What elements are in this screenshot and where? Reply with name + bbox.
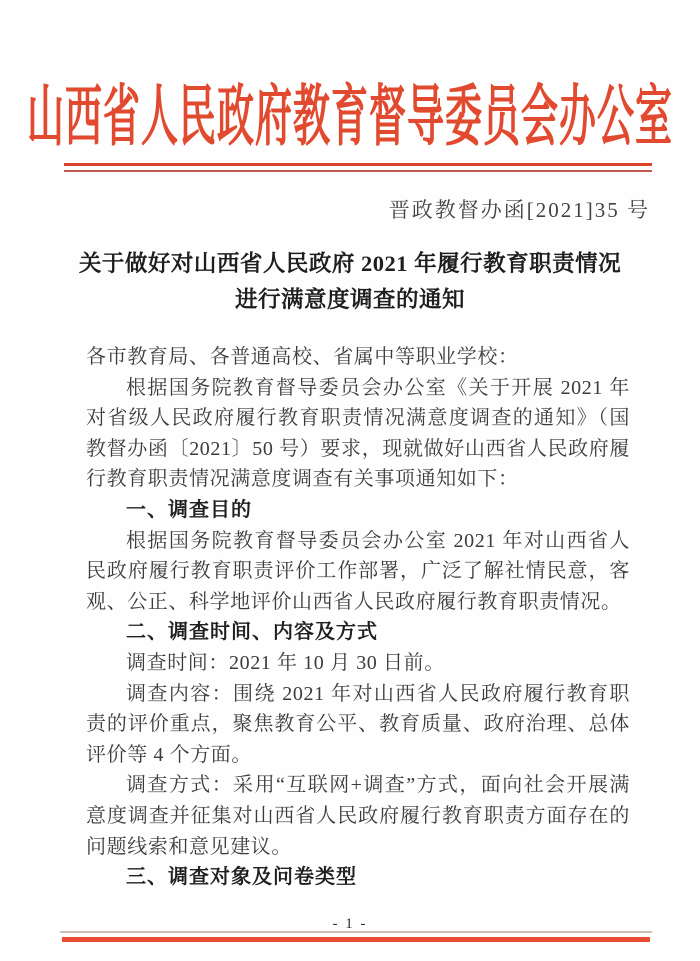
doc-title-line1: 关于做好对山西省人民政府 2021 年履行教育职责情况 [0,246,700,282]
salutation: 各市教育局、各普通高校、省属中等职业学校： [86,342,630,373]
letterhead: 山西省人民政府教育督导委员会办公室 [0,64,700,156]
section-heading: 一、调查目的 [86,495,630,526]
header-rule-thin [64,170,652,172]
paragraph: 根据国务院教育督导委员会办公室 2021 年对山西省人民政府履行教育职责评价工作… [86,526,630,618]
document-body: 各市教育局、各普通高校、省属中等职业学校：根据国务院教育督导委员会办公室《关于开… [86,342,630,893]
letterhead-title: 山西省人民政府教育督导委员会办公室 [27,61,673,158]
paragraph: 调查方式：采用“互联网+调查”方式，面向社会开展满意度调查并征集对山西省人民政府… [86,770,630,862]
page-number: - 1 - [0,916,700,933]
footer-rule-red [62,937,650,942]
doc-number: 晋政教督办函[2021]35 号 [0,194,700,224]
paragraph: 调查时间：2021 年 10 月 30 日前。 [86,648,630,679]
header-rule-thick [64,163,652,166]
paragraph: 调查内容：围绕 2021 年对山西省人民政府履行教育职责的评价重点，聚焦教育公平… [86,679,630,771]
section-heading: 三、调查对象及问卷类型 [86,862,630,893]
section-heading: 二、调查时间、内容及方式 [86,617,630,648]
scanned-document-page: 山西省人民政府教育督导委员会办公室 晋政教督办函[2021]35 号 关于做好对… [0,0,700,961]
doc-title: 关于做好对山西省人民政府 2021 年履行教育职责情况 进行满意度调查的通知 [0,246,700,318]
paragraph: 根据国务院教育督导委员会办公室《关于开展 2021 年对省级人民政府履行教育职责… [86,373,630,495]
doc-title-line2: 进行满意度调查的通知 [0,282,700,318]
